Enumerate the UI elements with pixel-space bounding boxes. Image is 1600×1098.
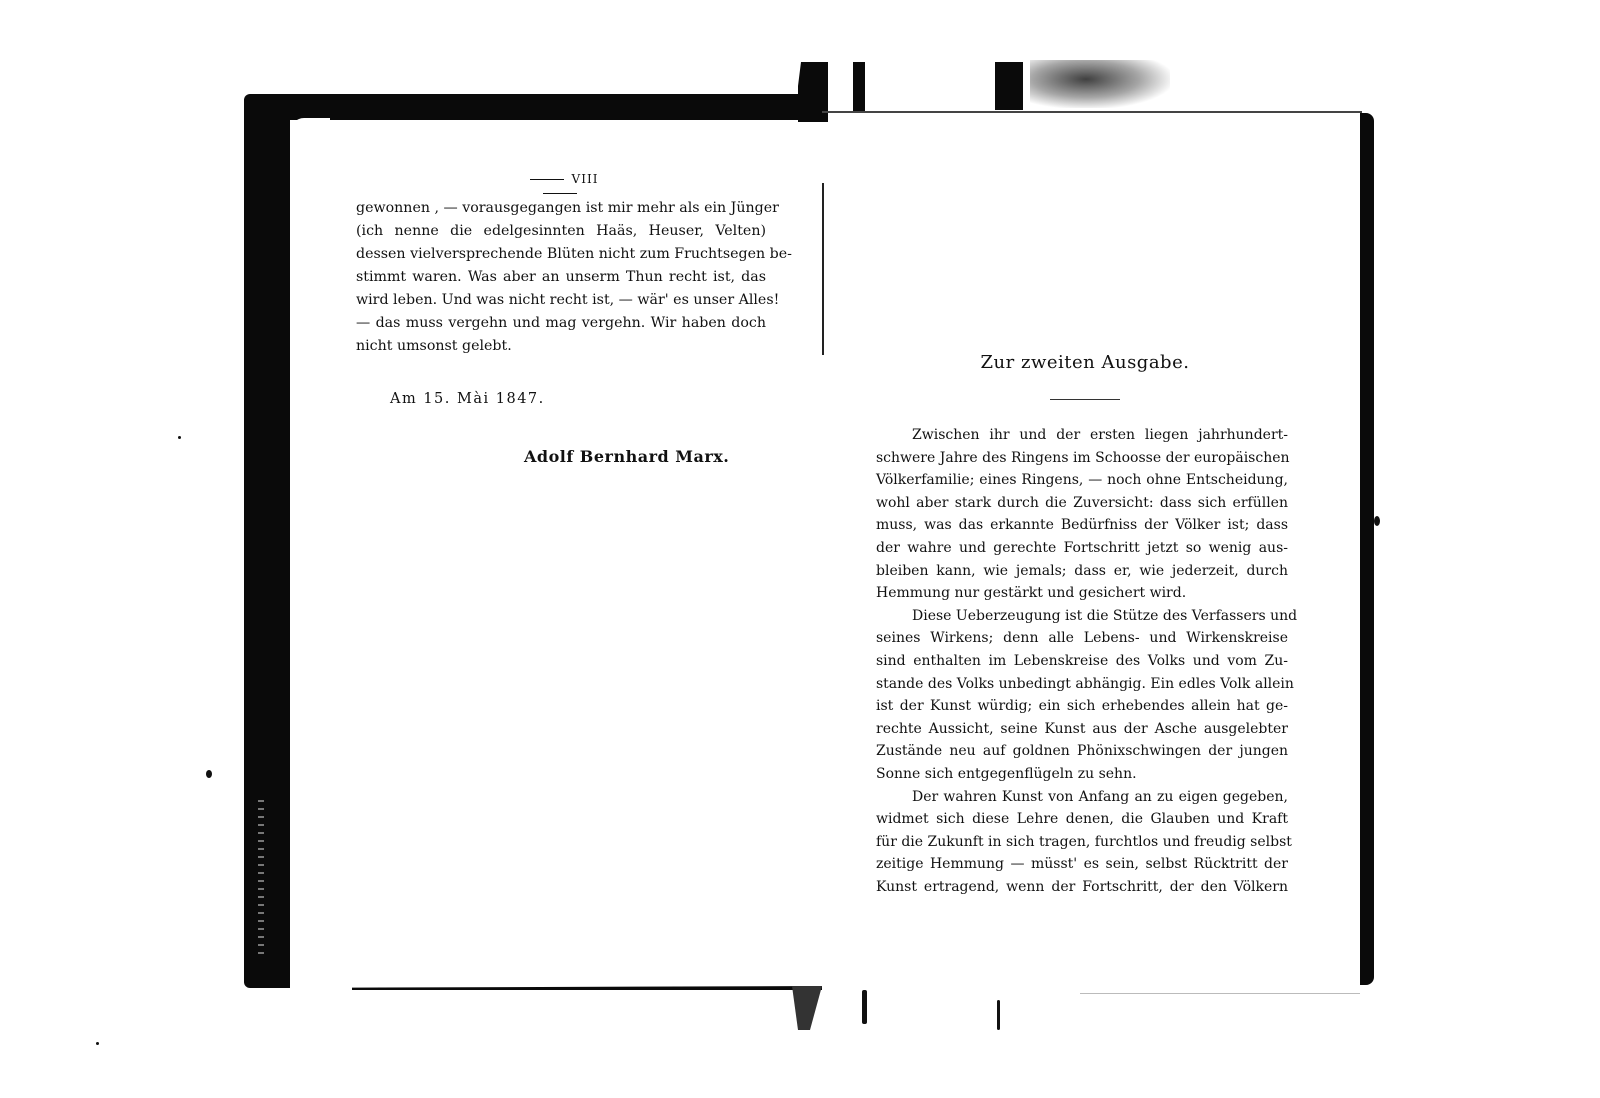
author-signature: Adolf Bernhard Marx.	[524, 447, 729, 466]
page-corner	[290, 118, 330, 158]
text-line: rechte Aussicht, seine Kunst aus der Asc…	[876, 718, 1288, 741]
text-line: stande des Volks unbedingt abhängig. Ein…	[876, 673, 1288, 696]
title-rule	[1050, 399, 1120, 400]
page-number: VIII	[500, 172, 620, 200]
scan-artifact	[853, 62, 865, 112]
book-cover-edge-right	[1360, 113, 1374, 985]
text-line: der wahre und gerechte Fortschritt jetzt…	[876, 537, 1288, 560]
text-line: stimmt waren. Was aber an unserm Thun re…	[356, 266, 766, 289]
book-spine-gutter	[822, 183, 824, 355]
scan-artifact	[792, 986, 822, 1030]
scan-speck	[96, 1042, 99, 1045]
text-line: gewonnen , — vorausgegangen ist mir mehr…	[356, 197, 766, 220]
section-title: Zur zweiten Ausgabe.	[960, 352, 1210, 373]
scan-speck	[1374, 516, 1380, 526]
text-line: nicht umsonst gelebt.	[356, 335, 766, 358]
date-line: Am 15. Mài 1847.	[390, 391, 545, 407]
scan-speck	[178, 436, 181, 439]
right-page-body: Zwischen ihr und der ersten liegen jahrh…	[876, 424, 1288, 898]
text-line: widmet sich diese Lehre denen, die Glaub…	[876, 808, 1288, 831]
text-line: für die Zukunft in sich tragen, furchtlo…	[876, 831, 1288, 854]
scan-artifact	[995, 62, 1023, 110]
scan-speck	[997, 1000, 1000, 1030]
text-line: wohl aber stark durch die Zuversicht: da…	[876, 492, 1288, 515]
scan-smudge	[1030, 60, 1170, 108]
book-cover-edge-left	[244, 94, 290, 988]
page-number-text: VIII	[572, 172, 599, 186]
text-line: — das muss vergehn und mag vergehn. Wir …	[356, 312, 766, 335]
text-line: schwere Jahre des Ringens im Schoosse de…	[876, 447, 1288, 470]
text-line: Hemmung nur gestärkt und gesichert wird.	[876, 582, 1288, 605]
page-edge-top-right	[822, 111, 1362, 113]
text-line: dessen vielversprechende Blüten nicht zu…	[356, 243, 766, 266]
text-line: ist der Kunst würdig; ein sich erhebende…	[876, 695, 1288, 718]
text-line: Völkerfamilie; eines Ringens, — noch ohn…	[876, 469, 1288, 492]
left-page-paragraph: gewonnen , — vorausgegangen ist mir mehr…	[356, 197, 766, 358]
text-line: Diese Ueberzeugung ist die Stütze des Ve…	[876, 605, 1288, 628]
text-line: Kunst ertragend, wenn der Fortschritt, d…	[876, 876, 1288, 899]
text-line: Zustände neu auf goldnen Phönixschwingen…	[876, 740, 1288, 763]
page-number-rule	[543, 193, 577, 194]
text-line: bleiben kann, wie jemals; dass er, wie j…	[876, 560, 1288, 583]
text-line: muss, was das erkannte Bedürfniss der Vö…	[876, 514, 1288, 537]
scan-artifact	[798, 62, 828, 122]
scan-speck	[206, 770, 212, 778]
page-edge-bottom-right	[1080, 993, 1360, 994]
scan-speck	[862, 990, 867, 1024]
book-cover-edge-top-left	[256, 94, 822, 120]
text-line: wird leben. Und was nicht recht ist, — w…	[356, 289, 766, 312]
text-line: Der wahren Kunst von Anfang an zu eigen …	[876, 786, 1288, 809]
text-line: zeitige Hemmung — müsst' es sein, selbst…	[876, 853, 1288, 876]
text-line: sind enthalten im Lebenskreise des Volks…	[876, 650, 1288, 673]
text-line: (ich nenne die edelgesinnten Haäs, Heuse…	[356, 220, 766, 243]
page-edge-bottom-left	[352, 986, 822, 990]
text-line: seines Wirkens; denn alle Lebens- und Wi…	[876, 627, 1288, 650]
text-line: Zwischen ihr und der ersten liegen jahrh…	[876, 424, 1288, 447]
page-number-rule	[530, 179, 564, 180]
text-line: Sonne sich entgegenflügeln zu sehn.	[876, 763, 1288, 786]
